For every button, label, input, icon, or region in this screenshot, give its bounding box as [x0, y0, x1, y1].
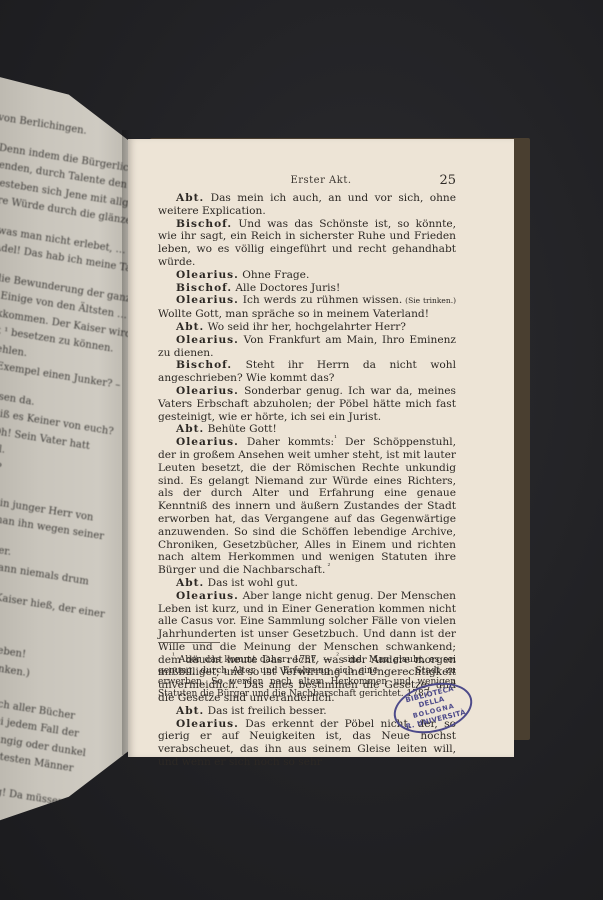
paragraph: Olearius. Ich werds zu rühmen wissen. (S…: [158, 294, 456, 321]
speaker: Olearius.: [176, 590, 239, 602]
paragraph: Bischof. Alle Doctores Juris!: [158, 282, 456, 295]
speaker: Abt.: [176, 577, 204, 589]
paragraph: Abt. Das mein ich auch, an und vor sich,…: [158, 192, 456, 218]
paragraph: Abt. Das ist wohl gut.: [158, 577, 456, 590]
speaker: Abt.: [176, 192, 204, 204]
speaker: Olearius.: [176, 385, 239, 397]
speaker: Bischof.: [176, 359, 232, 371]
paragraph: Olearius. Sonderbar genug. Ich war da, m…: [158, 385, 456, 423]
paragraph: Olearius. Daher kommts:¹ Der Schöppenstu…: [158, 436, 456, 577]
stage-direction: (Sie trinken.): [402, 296, 456, 305]
speaker: Bischof.: [176, 218, 232, 230]
speaker: Abt.: [176, 423, 204, 435]
running-head: Erster Akt.: [128, 175, 514, 186]
speaker: Olearius.: [176, 436, 239, 448]
speaker: Olearius.: [176, 718, 239, 730]
left-page: …n von Berlichingen.Abt. Denn indem die …: [0, 72, 128, 827]
speaker: Olearius.: [176, 334, 239, 346]
speaker: Olearius.: [176, 294, 239, 306]
speaker: Abt.: [176, 321, 204, 333]
left-page-text: …n von Berlichingen.Abt. Denn indem die …: [0, 106, 128, 827]
speaker: Bischof.: [176, 282, 232, 294]
paragraph: Bischof. Steht ihr Herrn da nicht wohl a…: [158, 359, 456, 385]
paragraph: Olearius. Von Frankfurt am Main, Ihro Em…: [158, 334, 456, 360]
speaker: Olearius.: [176, 269, 239, 281]
paragraph: Abt. Behüte Gott!: [158, 423, 456, 436]
page-number: 25: [439, 173, 456, 188]
paragraph: Bischof. Und was das Schönste ist, so kö…: [158, 218, 456, 269]
footnote-rule: [158, 642, 220, 643]
right-page: Erster Akt. 25 Abt. Das mein ich auch, a…: [128, 139, 514, 757]
paragraph: Abt. Wo seid ihr her, hochgelahrter Herr…: [158, 321, 456, 334]
paragraph: Olearius. Ohne Frage.: [158, 269, 456, 282]
speaker: Abt.: [176, 705, 204, 717]
footnote-ref: ²: [325, 563, 330, 571]
